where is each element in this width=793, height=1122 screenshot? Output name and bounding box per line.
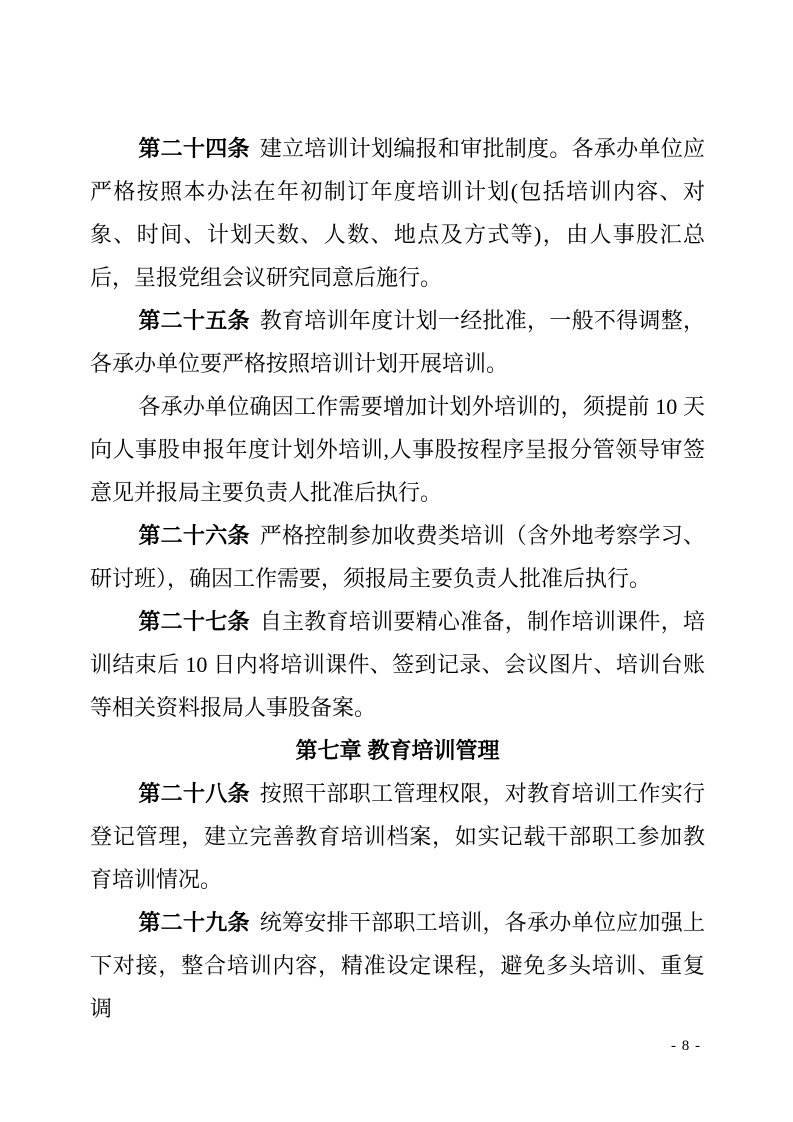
article-number: 第二十七条 xyxy=(138,609,249,634)
article-number: 第二十四条 xyxy=(138,136,249,161)
chapter-heading: 第七章 教育培训管理 xyxy=(90,729,705,772)
article-paragraph: 第二十八条按照干部职工管理权限，对教育培训工作实行登记管理，建立完善教育培训档案… xyxy=(90,772,705,901)
article-number: 第二十六条 xyxy=(138,523,249,548)
article-paragraph: 第二十五条教育培训年度计划一经批准，一般不得调整，各承办单位要严格按照培训计划开… xyxy=(90,299,705,385)
page-number: - 8 - xyxy=(671,1038,701,1055)
article-paragraph: 第二十九条统筹安排干部职工培训，各承办单位应加强上下对接，整合培训内容，精准设定… xyxy=(90,901,705,1030)
article-number: 第二十五条 xyxy=(138,308,249,333)
body-paragraph: 各承办单位确因工作需要增加计划外培训的，须提前 10 天向人事股申报年度计划外培… xyxy=(90,385,705,514)
article-number: 第二十八条 xyxy=(138,781,249,806)
article-paragraph: 第二十四条建立培训计划编报和审批制度。各承办单位应严格按照本办法在年初制订年度培… xyxy=(90,127,705,299)
document-page: 第二十四条建立培训计划编报和审批制度。各承办单位应严格按照本办法在年初制订年度培… xyxy=(0,0,793,1122)
article-number: 第二十九条 xyxy=(138,910,249,935)
article-paragraph: 第二十六条严格控制参加收费类培训（含外地考察学习、研讨班），确因工作需要，须报局… xyxy=(90,514,705,600)
document-body: 第二十四条建立培训计划编报和审批制度。各承办单位应严格按照本办法在年初制订年度培… xyxy=(90,127,705,1030)
article-paragraph: 第二十七条自主教育培训要精心准备，制作培训课件，培训结束后 10 日内将培训课件… xyxy=(90,600,705,729)
